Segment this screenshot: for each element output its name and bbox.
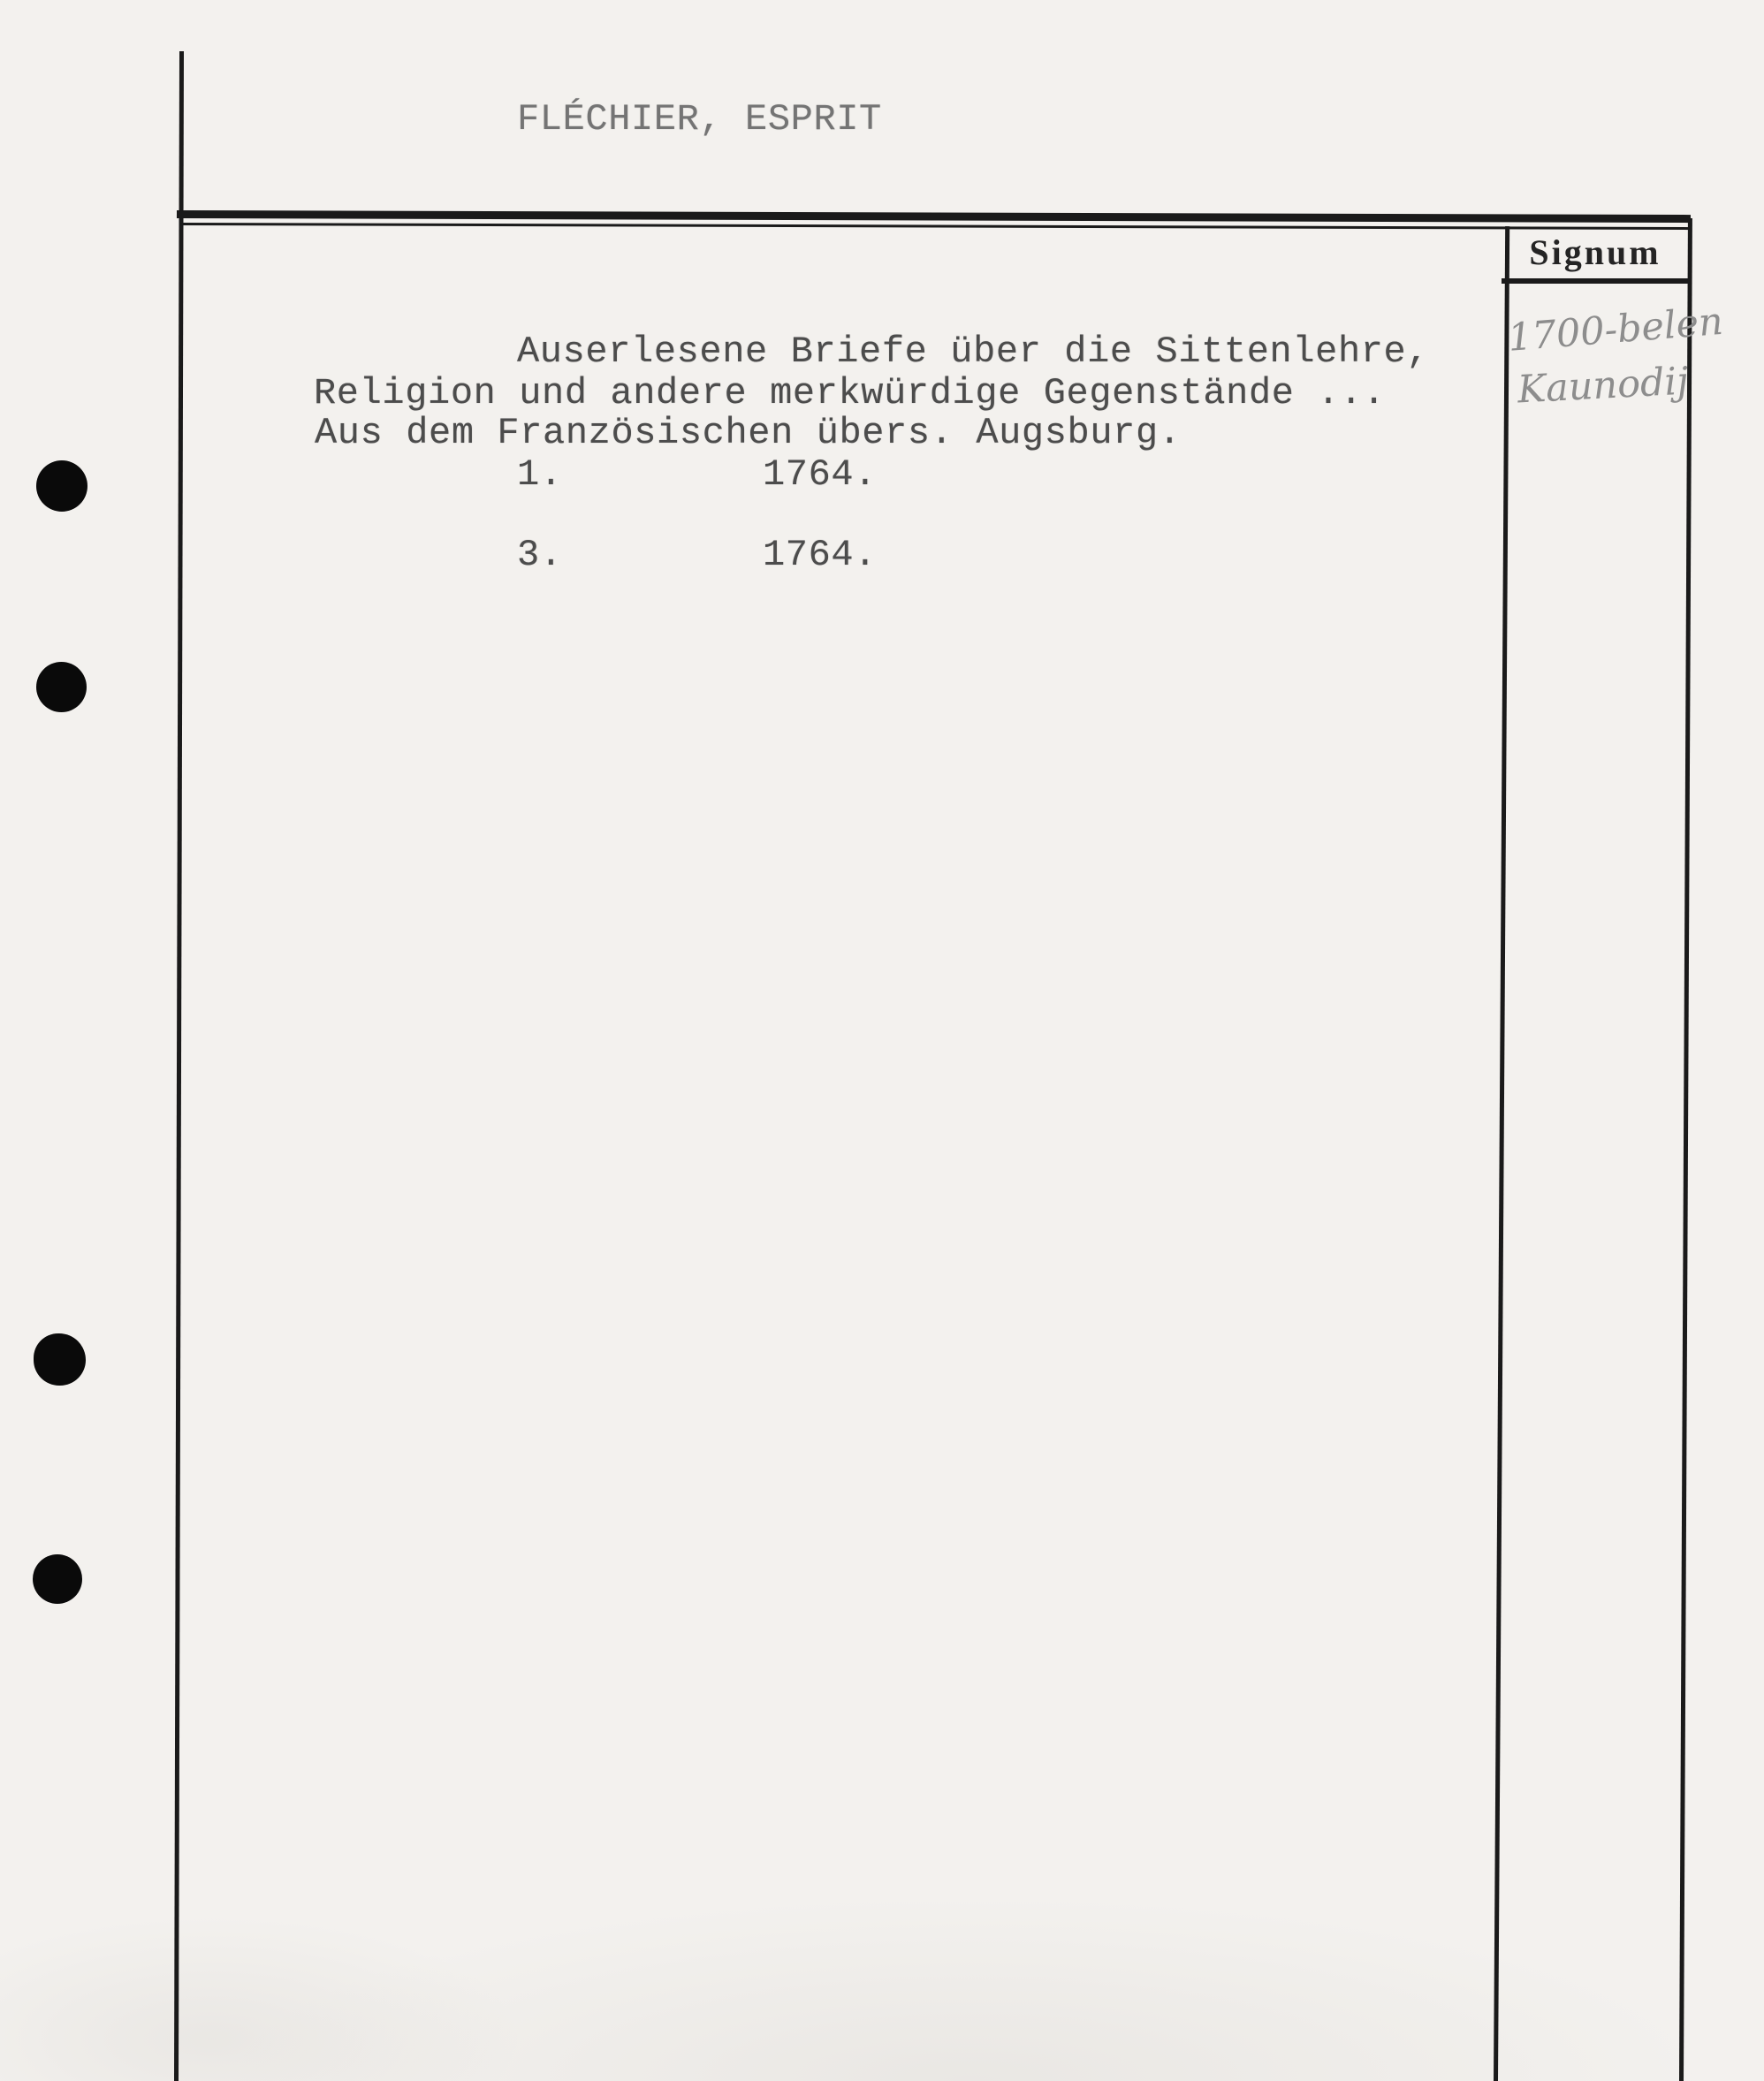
punch-hole-3 [34, 1333, 86, 1386]
entry-year: 1764. [763, 536, 877, 573]
signum-note-line-2: Kaunodij [1516, 353, 1699, 418]
punch-hole-2 [36, 662, 87, 712]
left-margin-rule [174, 51, 184, 2081]
entry-year: 1764. [763, 456, 877, 493]
header-rule-thin [179, 223, 1691, 230]
author-heading: FLÉCHIER, ESPRIT [517, 101, 882, 138]
entry-volume-number: 1. [517, 456, 563, 493]
title-line-2: Religion und andere merkwürdige Gegenstä… [314, 375, 1386, 412]
signum-header-bottom-rule [1502, 278, 1689, 284]
header-rule-thick [177, 210, 1691, 223]
signum-column-label: Signum [1529, 232, 1661, 273]
entry-volume-number: 3. [517, 536, 563, 573]
signum-column-left-rule [1494, 226, 1509, 2081]
entry-row: 1. 1764. [0, 456, 1764, 500]
signum-handwritten-note: 1700-belen Kaunodij [1506, 297, 1699, 421]
entry-row: 3. 1764. [0, 536, 1764, 581]
catalog-card: FLÉCHIER, ESPRIT Auserlesene Briefe über… [0, 0, 1764, 2081]
title-line-3: Aus dem Französischen übers. Augsburg. [315, 414, 1182, 452]
title-line-1: Auserlesene Briefe über die Sittenlehre, [517, 333, 1429, 370]
punch-hole-4 [33, 1554, 82, 1604]
signum-header-box: Signum [1502, 226, 1689, 278]
